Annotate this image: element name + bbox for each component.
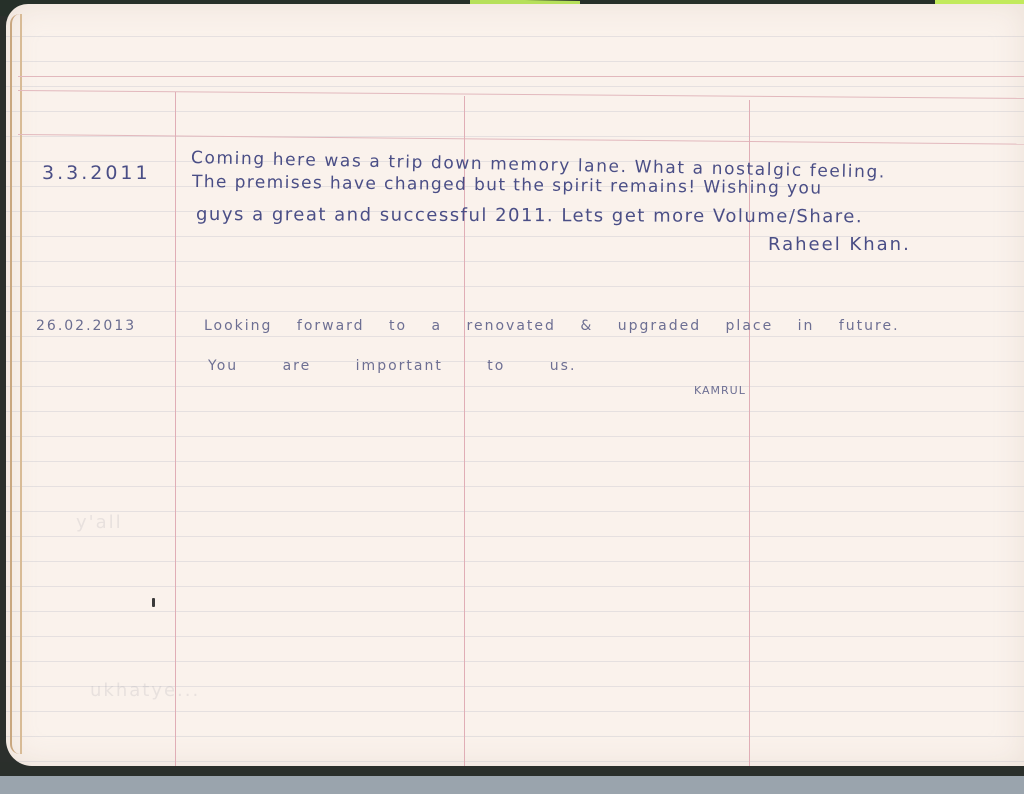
- desk-background-bottom: [0, 776, 1024, 794]
- entry-date: 26.02.2013: [36, 318, 136, 334]
- entry-date: 3.3.2011: [42, 162, 151, 184]
- page-edge-stack: [10, 14, 22, 754]
- entry-signature: KAMRUL: [694, 384, 746, 397]
- bleed-through-text: ukhatye...: [90, 680, 200, 701]
- column-divider-date: [175, 92, 176, 766]
- entry-text-line: guys a great and successful 2011. Lets g…: [196, 204, 863, 227]
- header-rule-top: [18, 76, 1024, 77]
- column-divider-3: [749, 100, 750, 766]
- entry-signature: Raheel Khan.: [768, 234, 911, 255]
- bleed-through-text: y'all: [76, 512, 123, 533]
- ink-mark: [152, 598, 155, 607]
- ledger-page: 3.3.2011 Coming here was a trip down mem…: [6, 4, 1024, 766]
- entry-text-line: Looking forward to a renovated & upgrade…: [204, 318, 900, 334]
- entry-text-line: You are important to us.: [208, 358, 576, 374]
- column-divider-2: [464, 96, 465, 766]
- ruled-lines: [6, 4, 1024, 766]
